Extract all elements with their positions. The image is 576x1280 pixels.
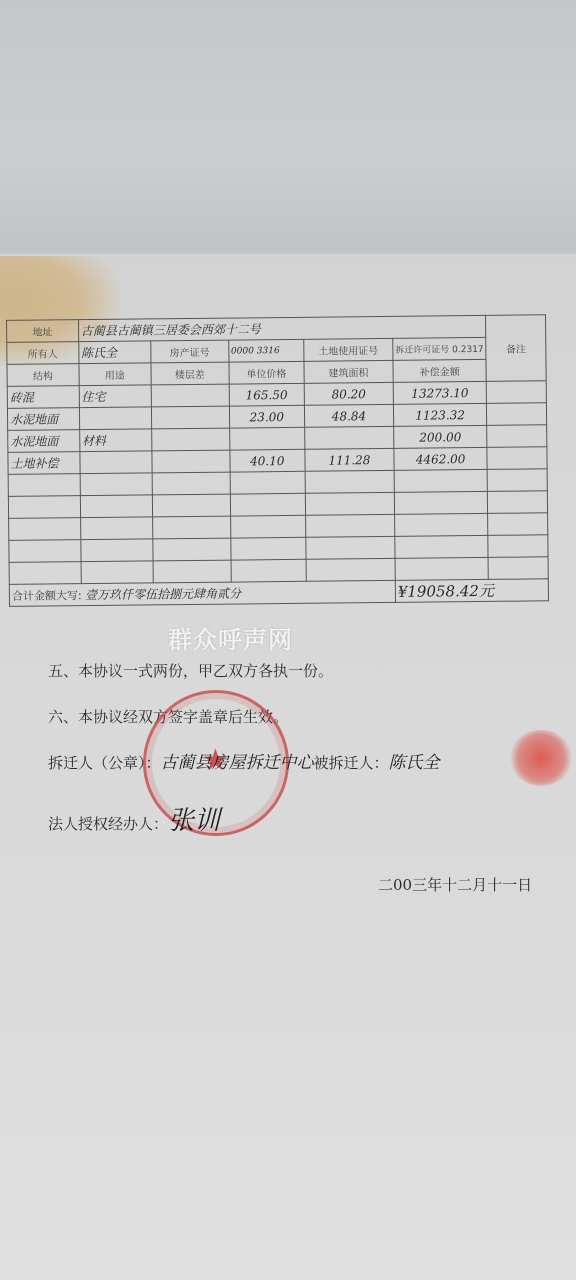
cell-use: [81, 561, 153, 584]
cell-area: 48.84: [304, 404, 393, 427]
cell-area: [306, 558, 395, 581]
cell-structure: [9, 562, 81, 585]
cell-floor: [153, 538, 231, 561]
background-wall: [0, 0, 576, 258]
cell-use: 材料: [79, 429, 151, 452]
cell-area: 111.28: [305, 448, 394, 471]
cell-remarks: [487, 469, 547, 492]
cell-area: [305, 492, 394, 515]
cell-remarks: [487, 403, 547, 426]
cell-area: 80.20: [304, 382, 393, 405]
cell-unit-price: [230, 493, 306, 516]
unit-price-header: 单位价格: [229, 361, 305, 384]
structure-header: 结构: [7, 364, 79, 387]
cell-unit-price: 165.50: [229, 383, 305, 406]
cell-unit-price: 23.00: [229, 405, 305, 428]
cell-use: [80, 451, 152, 474]
cell-use: [79, 407, 151, 430]
cell-amount: 1123.32: [393, 403, 487, 426]
floor-header: 楼层差: [151, 362, 229, 385]
property-cert-label: 房产证号: [150, 340, 228, 363]
property-cert-value: 0000 3316: [228, 339, 304, 362]
cell-floor: [152, 450, 230, 473]
relocatee-value: 陈氏全: [389, 753, 440, 773]
fingerprint-mark: [510, 730, 572, 786]
cell-use: [80, 495, 152, 518]
total-words: 壹万玖仟零伍拾捌元肆角贰分: [85, 586, 241, 602]
cell-structure: 砖混: [7, 386, 79, 409]
cell-unit-price: [231, 559, 307, 582]
relocator-label: 拆迁人（公章）：: [48, 754, 161, 772]
watermark: 群众呼声网: [168, 620, 293, 655]
cell-remarks: [486, 381, 546, 404]
cell-unit-price: [229, 427, 305, 450]
cell-amount: 200.00: [394, 425, 488, 448]
cell-unit-price: 40.10: [230, 449, 306, 472]
cell-structure: 土地补偿: [8, 452, 80, 475]
cell-use: [80, 539, 152, 562]
cell-remarks: [488, 557, 548, 580]
use-header: 用途: [79, 363, 151, 386]
form-table: 地址 古蔺县古蔺镇三居委会西郊十二号 备注 所有人 陈氏全 房产证号 0000 …: [6, 314, 549, 607]
cell-structure: [9, 540, 81, 563]
cell-amount: [394, 491, 488, 514]
signing-date: 二00三年十二月十一日: [378, 874, 532, 895]
cell-amount: 4462.00: [394, 447, 488, 470]
cell-structure: [9, 518, 81, 541]
compensation-form: 地址 古蔺县古蔺镇三居委会西郊十二号 备注 所有人 陈氏全 房产证号 0000 …: [0, 312, 576, 658]
cell-remarks: [488, 513, 548, 536]
cell-amount: [395, 535, 489, 558]
cell-remarks: [488, 535, 548, 558]
cell-amount: 13273.10: [393, 381, 487, 404]
agent-signature-line: 法人授权经办人：张训: [48, 800, 220, 837]
owner-label: 所有人: [7, 342, 79, 365]
cell-floor: [152, 516, 230, 539]
cell-area: [305, 470, 394, 493]
cell-area: [306, 536, 395, 559]
cell-floor: [152, 494, 230, 517]
cell-remarks: [488, 491, 548, 514]
cell-floor: [151, 428, 229, 451]
cell-floor: [153, 560, 231, 583]
total-amount: ¥19058.42元: [395, 579, 548, 603]
cell-floor: [151, 384, 229, 407]
clause-five: 五、本协议一式两份，甲乙双方各执一份。: [48, 660, 333, 681]
cell-structure: 水泥地面: [7, 408, 79, 431]
relocator-signature-line: 拆迁人（公章）：古蔺县房屋拆迁中心被拆迁人：陈氏全: [48, 748, 440, 773]
cell-structure: [8, 474, 80, 497]
cell-use: 住宅: [79, 385, 151, 408]
total-row: 合计金额大写: 壹万玖仟零伍拾捌元肆角贰分 ¥19058.42元: [9, 579, 548, 607]
total-words-cell: 合计金额大写: 壹万玖仟零伍拾捌元肆角贰分: [9, 580, 395, 606]
permit-label: 拆迁许可证号 0.2317: [393, 337, 487, 360]
cell-unit-price: [230, 515, 306, 538]
cell-unit-price: [230, 537, 306, 560]
cell-unit-price: [230, 471, 306, 494]
relocatee-label: 被拆迁人：: [314, 754, 389, 772]
cell-use: [80, 473, 152, 496]
cell-amount: [395, 557, 489, 580]
total-label: 合计金额大写:: [12, 589, 82, 603]
amount-header: 补偿金额: [393, 359, 487, 382]
cell-remarks: [487, 425, 547, 448]
cell-use: [80, 517, 152, 540]
cell-area: [305, 426, 394, 449]
agent-value: 张训: [168, 806, 220, 836]
remarks-header: 备注: [486, 315, 546, 382]
cell-structure: [8, 496, 80, 519]
cell-amount: [394, 513, 488, 536]
address-label: 地址: [7, 320, 79, 343]
area-header: 建筑面积: [304, 360, 393, 383]
land-cert-label: 土地使用证号: [304, 338, 393, 361]
cell-structure: 水泥地面: [8, 430, 80, 453]
cell-remarks: [487, 447, 547, 470]
owner-value: 陈氏全: [78, 341, 150, 364]
cell-amount: [394, 469, 488, 492]
cell-area: [305, 514, 394, 537]
relocator-value: 古蔺县房屋拆迁中心: [161, 753, 314, 773]
agent-label: 法人授权经办人：: [48, 815, 168, 833]
cell-floor: [151, 406, 229, 429]
cell-floor: [152, 472, 230, 495]
